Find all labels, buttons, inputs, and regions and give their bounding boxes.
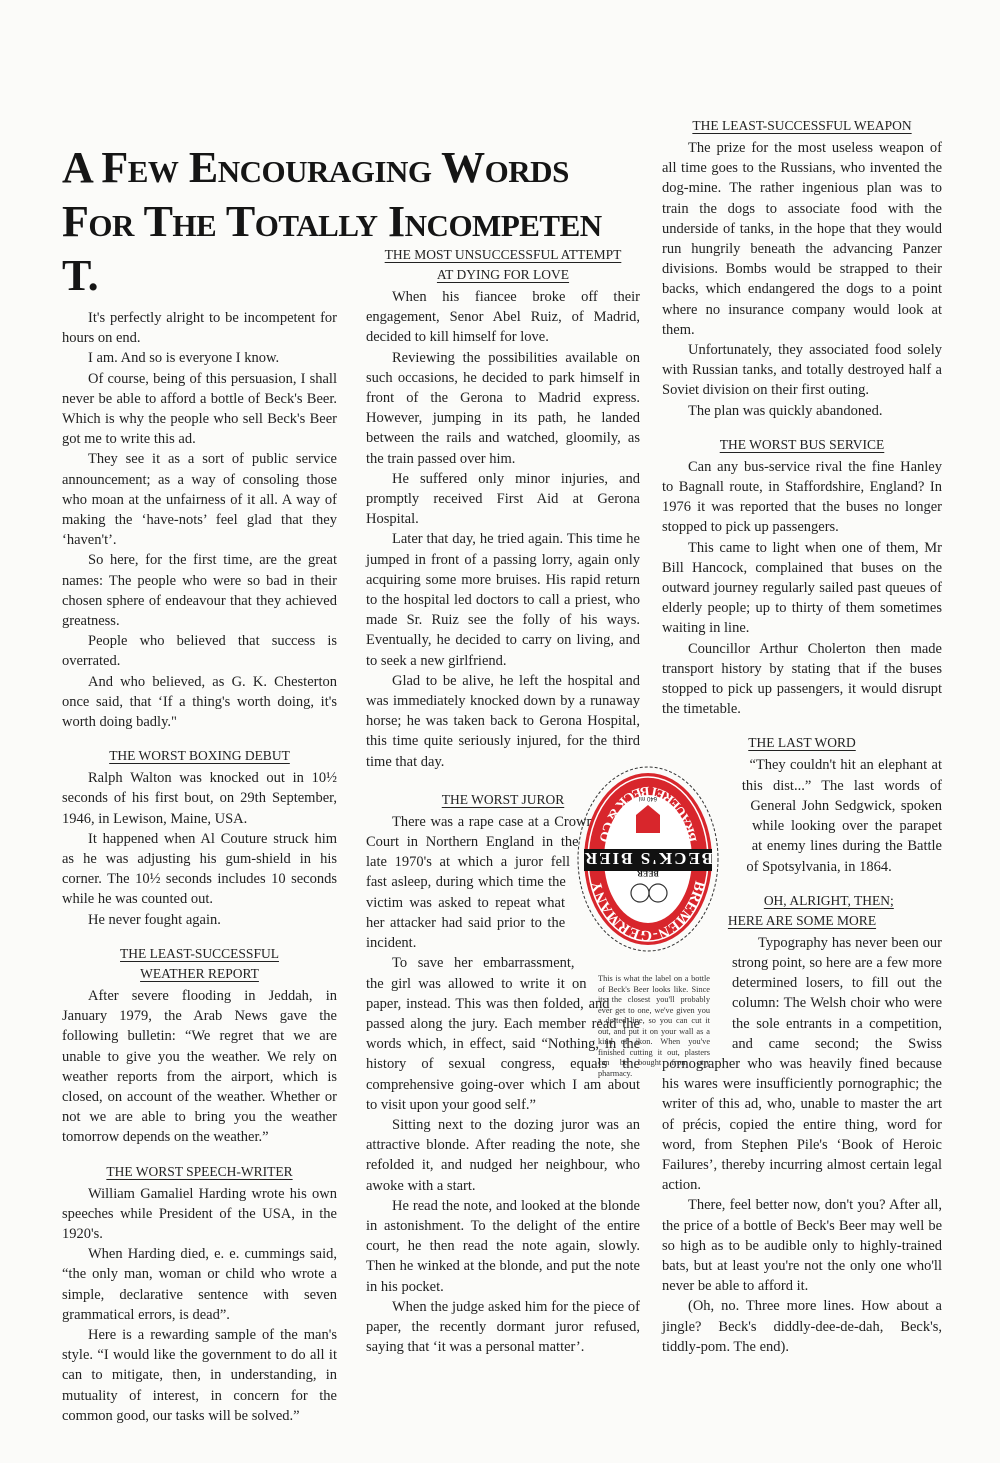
intro-paragraph: I am. And so is everyone I know. bbox=[62, 348, 337, 368]
column-1: It's perfectly alright to be incompetent… bbox=[62, 308, 337, 1426]
paragraph: Can any bus-service rival the fine Hanle… bbox=[662, 457, 942, 538]
intro-paragraph: They see it as a sort of public service … bbox=[62, 449, 337, 550]
paragraph: There, feel better now, don't you? After… bbox=[662, 1195, 942, 1296]
paragraph: Ralph Walton was knocked out in 10½ seco… bbox=[62, 768, 337, 829]
intro-paragraph: Of course, being of this persuasion, I s… bbox=[62, 369, 337, 450]
paragraph: It happened when Al Couture struck him a… bbox=[62, 829, 337, 910]
intro-paragraph: So here, for the first time, are the gre… bbox=[62, 550, 337, 631]
paragraph: The plan was quickly abandoned. bbox=[662, 401, 942, 421]
paragraph: He never fought again. bbox=[62, 910, 337, 930]
section-heading-love: THE MOST UNSUCCESSFUL ATTEMPTAT DYING FO… bbox=[366, 245, 640, 285]
paragraph: When Harding died, e. e. cummings said, … bbox=[62, 1244, 337, 1325]
paragraph: Reviewing the possibilities available on… bbox=[366, 348, 640, 469]
paragraph: (Oh, no. Three more lines. How about a j… bbox=[662, 1296, 942, 1357]
section-heading-boxing: THE WORST BOXING DEBUT bbox=[62, 746, 337, 766]
paragraph: He suffered only minor injuries, and pro… bbox=[366, 469, 640, 530]
paragraph: Here is a rewarding sample of the man's … bbox=[62, 1325, 337, 1426]
paragraph: He read the note, and looked at the blon… bbox=[366, 1196, 640, 1297]
section-heading-bus: THE WORST BUS SERVICE bbox=[662, 435, 942, 455]
paragraph: Glad to be alive, he left the hospital a… bbox=[366, 671, 640, 772]
intro-paragraph: It's perfectly alright to be incompetent… bbox=[62, 308, 337, 348]
paragraph: When his fiancee broke off their engagem… bbox=[366, 287, 640, 348]
paragraph: Unfortunately, they associated food sole… bbox=[662, 340, 942, 401]
paragraph: Councillor Arthur Cholerton then made tr… bbox=[662, 639, 942, 720]
paragraph: When the judge asked him for the piece o… bbox=[366, 1297, 640, 1358]
column-3: THE LEAST-SUCCESSFUL WEAPON The prize fo… bbox=[662, 116, 942, 1357]
label-caption: This is what the label on a bottle of Be… bbox=[598, 974, 710, 1079]
section-heading-weather: THE LEAST-SUCCESSFULWEATHER REPORT bbox=[62, 944, 337, 984]
svg-text:BECK'S BIER: BECK'S BIER bbox=[583, 849, 713, 868]
section-heading-speech: THE WORST SPEECH-WRITER bbox=[62, 1162, 337, 1182]
section-heading-lastword: THE LAST WORD bbox=[662, 733, 942, 753]
paragraph: Later that day, he tried again. This tim… bbox=[366, 529, 640, 670]
intro-paragraph: People who believed that success is over… bbox=[62, 631, 337, 671]
paragraph: William Gamaliel Harding wrote his own s… bbox=[62, 1184, 337, 1245]
intro-paragraph: And who believed, as G. K. Chesterton on… bbox=[62, 672, 337, 733]
paragraph: After severe flooding in Jeddah, in Janu… bbox=[62, 986, 337, 1148]
svg-text:640 ml: 640 ml bbox=[639, 795, 657, 801]
becks-label-image: BREMEN-GERMANY BRAUEREI BECK & CO BEER 6… bbox=[576, 765, 720, 953]
paragraph: This came to light when one of them, Mr … bbox=[662, 538, 942, 639]
paragraph: The prize for the most useless weapon of… bbox=[662, 138, 942, 340]
paragraph: Sitting next to the dozing juror was an … bbox=[366, 1115, 640, 1196]
section-heading-weapon: THE LEAST-SUCCESSFUL WEAPON bbox=[662, 116, 942, 136]
